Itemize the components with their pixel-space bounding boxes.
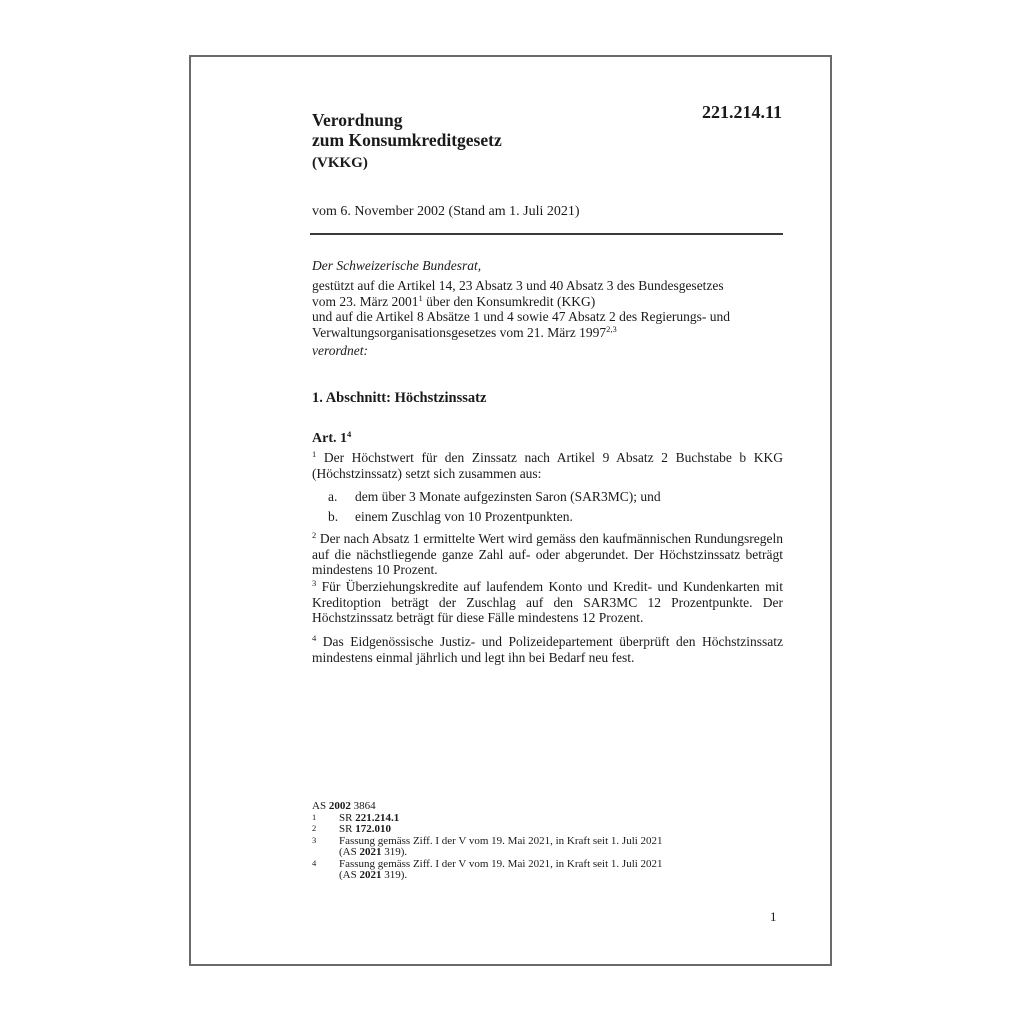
document-date-line: vom 6. November 2002 (Stand am 1. Juli 2…	[312, 203, 580, 220]
footnote-text: SR 172.010	[339, 824, 391, 836]
title-line-1: Verordnung	[312, 110, 502, 130]
page-number: 1	[770, 909, 777, 925]
preamble-basis-line-1: gestützt auf die Artikel 14, 23 Absatz 3…	[312, 278, 784, 294]
footnote-number: 4	[312, 858, 316, 870]
footnote-3: 3 Fassung gemäss Ziff. I der V vom 19. M…	[312, 836, 376, 859]
footnote-ref-2-3[interactable]: 2,3	[606, 324, 617, 334]
article-heading-text: Art. 1	[312, 431, 347, 446]
footnote-text: Fassung gemäss Ziff. I der V vom 19. Mai…	[339, 836, 663, 859]
as-year: 2002	[329, 800, 351, 812]
footnote-number: 2	[312, 823, 316, 835]
article-paragraph-1: 1 Der Höchstwert für den Zinssatz nach A…	[312, 450, 783, 481]
footnote-prefix: (AS	[339, 869, 359, 881]
footnote-prefix: SR	[339, 812, 355, 824]
article-paragraph-2: 2 Der nach Absatz 1 ermittelte Wert wird…	[312, 531, 783, 578]
footnote-suffix: 319).	[381, 846, 407, 858]
footnote-line-2: (AS 2021 319).	[339, 870, 663, 882]
list-text: einem Zuschlag von 10 Prozentpunkten.	[355, 509, 573, 525]
article-paragraph-3: 3 Für Überziehungskredite auf laufendem …	[312, 579, 783, 626]
preamble-decree: verordnet:	[312, 343, 784, 359]
footnote-2: 2 SR 172.010	[312, 824, 376, 836]
footnote-text: Fassung gemäss Ziff. I der V vom 19. Mai…	[339, 859, 663, 882]
footnote-number: 1	[312, 812, 316, 824]
footnote-4: 4 Fassung gemäss Ziff. I der V vom 19. M…	[312, 859, 376, 882]
footnote-prefix: SR	[339, 823, 355, 835]
title-line-2: zum Konsumkreditgesetz	[312, 130, 502, 150]
paragraph-text: Der Höchstwert für den Zinssatz nach Art…	[312, 450, 783, 481]
header-divider	[310, 233, 783, 235]
preamble-text: vom 23. März 2001	[312, 294, 418, 309]
footnotes: AS 2002 3864 1 SR 221.214.1 2 SR 172.010…	[312, 801, 376, 882]
list-text: dem über 3 Monate aufgezinsten Saron (SA…	[355, 489, 661, 505]
section-heading: 1. Abschnitt: Höchstzinssatz	[312, 390, 486, 407]
preamble-authority: Der Schweizerische Bundesrat,	[312, 258, 784, 274]
as-prefix: AS	[312, 800, 329, 812]
article-heading: Art. 14	[312, 430, 351, 447]
paragraph-text: Der nach Absatz 1 ermittelte Wert wird g…	[312, 531, 783, 577]
footnote-sr-ref[interactable]: 221.214.1	[355, 812, 399, 824]
preamble-basis-line-3: und auf die Artikel 8 Absätze 1 und 4 so…	[312, 309, 784, 325]
footnote-ref-4[interactable]: 4	[347, 429, 351, 439]
list-marker: a.	[328, 489, 337, 505]
preamble-basis-line-2: vom 23. März 20011 über den Konsumkredit…	[312, 294, 784, 310]
document-abbreviation: (VKKG)	[312, 154, 368, 172]
article-paragraph-4: 4 Das Eidgenössische Justiz- und Polizei…	[312, 634, 783, 665]
paragraph-text: Für Überziehungskredite auf laufendem Ko…	[312, 579, 783, 625]
footnote-sr-ref[interactable]: 172.010	[355, 823, 391, 835]
preamble-text: über den Konsumkredit (KKG)	[423, 294, 595, 309]
footnote-prefix: (AS	[339, 846, 359, 858]
list-marker: b.	[328, 509, 338, 525]
footnote-suffix: 319).	[381, 869, 407, 881]
document-title: Verordnung zum Konsumkreditgesetz	[312, 110, 502, 150]
footnote-line-2: (AS 2021 319).	[339, 847, 663, 859]
sr-number: 221.214.11	[600, 101, 782, 123]
preamble-basis: gestützt auf die Artikel 14, 23 Absatz 3…	[312, 278, 784, 340]
footnote-as-year[interactable]: 2021	[359, 846, 381, 858]
preamble-text: Verwaltungsorganisationsgesetzes vom 21.…	[312, 325, 606, 340]
as-page: 3864	[351, 800, 376, 812]
paragraph-text: Das Eidgenössische Justiz- und Polizeide…	[312, 634, 783, 665]
footnote-number: 3	[312, 835, 316, 847]
preamble-basis-line-4: Verwaltungsorganisationsgesetzes vom 21.…	[312, 325, 784, 341]
footnote-as-year[interactable]: 2021	[359, 869, 381, 881]
